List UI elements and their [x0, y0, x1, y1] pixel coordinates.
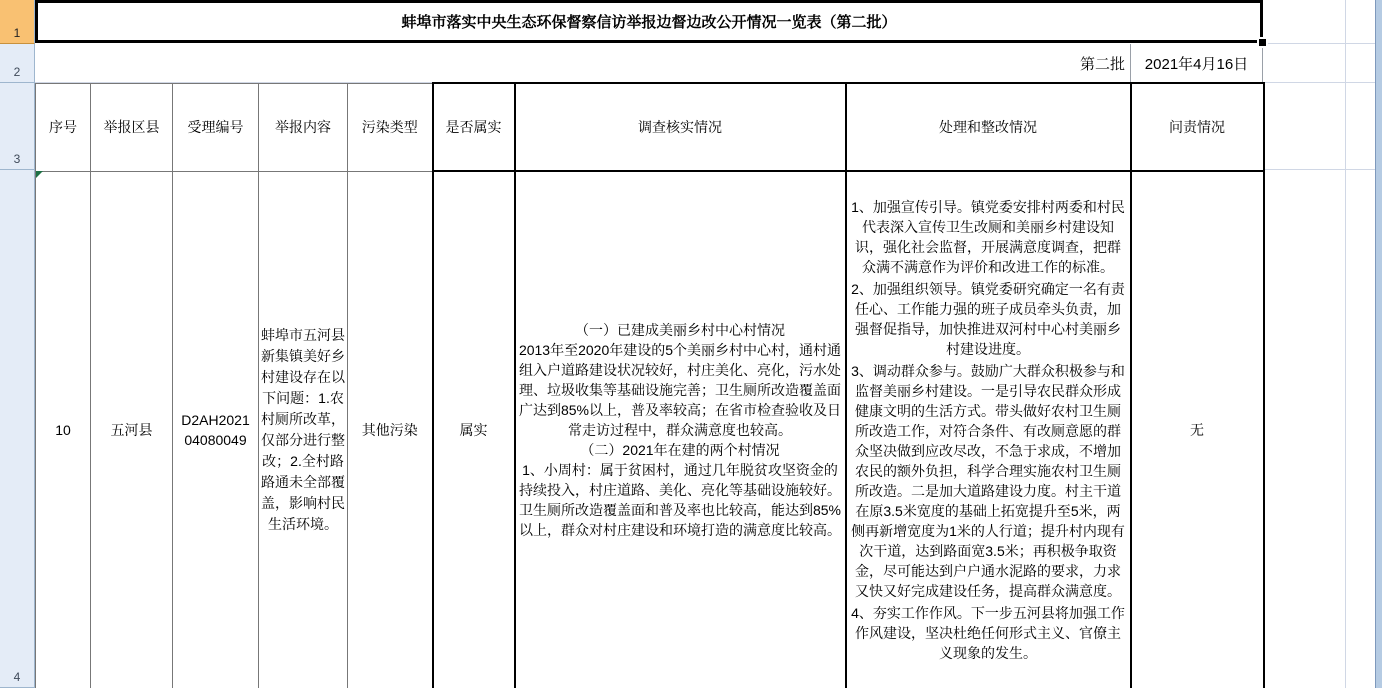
handling-paragraph: 2、加强组织领导。镇党委研究确定一名有责任心、工作能力强的班子成员牵头负责，加强…: [850, 279, 1127, 359]
column-header-accountability[interactable]: 问责情况: [1131, 83, 1264, 171]
gridline: [1345, 0, 1346, 688]
investigation-paragraph: （一）已建成美丽乡村中心村情况: [519, 320, 842, 340]
investigation-paragraph: （二）2021年在建的两个村情况: [519, 440, 842, 460]
cell-accountability[interactable]: 无: [1131, 171, 1264, 688]
title-cell[interactable]: 蚌埠市落实中央生态环保督察信访举报边督边改公开情况一览表（第二批）: [35, 0, 1263, 43]
excel-sheet: 1 2 3 4 蚌埠市落实中央生态环保督察信访举报边督边改公开情况一览表（第二批…: [0, 0, 1382, 688]
cell-pollution-type[interactable]: 其他污染: [348, 171, 433, 688]
cell-seq[interactable]: 10: [36, 171, 91, 688]
row-header-1[interactable]: 1: [0, 0, 35, 44]
column-header-seq[interactable]: 序号: [36, 83, 91, 171]
error-indicator-triangle: [36, 171, 43, 178]
handling-paragraph: 1、加强宣传引导。镇党委安排村两委和村民代表深入宣传卫生改厕和美丽乡村建设知识，…: [850, 197, 1127, 277]
column-header-verified[interactable]: 是否属实: [433, 83, 515, 171]
column-header-investigation[interactable]: 调查核实情况: [515, 83, 846, 171]
investigation-paragraph: 2013年至2020年建设的5个美丽乡村中心村，通村通组入户道路建设状况较好，村…: [519, 340, 842, 440]
cell-district[interactable]: 五河县: [91, 171, 173, 688]
column-header-complaint[interactable]: 举报内容: [259, 83, 348, 171]
table-row: 10 五河县 D2AH202104080049 蚌埠市五河县新集镇美好乡村建设存…: [36, 171, 1264, 688]
gridline: [1263, 169, 1382, 170]
handling-paragraph: 3、调动群众参与。鼓励广大群众积极参与和监督美丽乡村建设。一是引导农民群众形成健…: [850, 361, 1127, 601]
header-row: 序号 举报区县 受理编号 举报内容 污染类型 是否属实 调查核实情况 处理和整改…: [36, 83, 1264, 171]
row-header-4[interactable]: 4: [0, 170, 35, 688]
column-header-pollution-type[interactable]: 污染类型: [348, 83, 433, 171]
date-cell[interactable]: 2021年4月16日: [1130, 44, 1263, 82]
fill-handle[interactable]: [1257, 37, 1268, 48]
cell-case-no[interactable]: D2AH202104080049: [173, 171, 259, 688]
handling-paragraph: 4、夯实工作作风。下一步五河县将加强工作作风建设，坚决杜绝任何形式主义、官僚主义…: [850, 603, 1127, 663]
window-edge: [1375, 0, 1382, 688]
cell-handling[interactable]: 1、加强宣传引导。镇党委安排村两委和村民代表深入宣传卫生改厕和美丽乡村建设知识，…: [846, 171, 1131, 688]
cell-complaint[interactable]: 蚌埠市五河县新集镇美好乡村建设存在以下问题：1.农村厕所改革，仅部分进行整改；2…: [259, 171, 348, 688]
cell-verified[interactable]: 属实: [433, 171, 515, 688]
column-header-district[interactable]: 举报区县: [91, 83, 173, 171]
complaints-table: 序号 举报区县 受理编号 举报内容 污染类型 是否属实 调查核实情况 处理和整改…: [35, 82, 1265, 688]
column-header-case-no[interactable]: 受理编号: [173, 83, 259, 171]
sheet-title: 蚌埠市落实中央生态环保督察信访举报边督边改公开情况一览表（第二批）: [401, 11, 896, 32]
investigation-paragraph: 1、小周村：属于贫困村，通过几年脱贫攻坚资金的持续投入，村庄道路、美化、亮化等基…: [519, 460, 842, 540]
column-header-handling[interactable]: 处理和整改情况: [846, 83, 1131, 171]
gridline: [1263, 43, 1382, 44]
complaint-text: 蚌埠市五河县新集镇美好乡村建设存在以下问题：1.农村厕所改革，仅部分进行整改；2…: [261, 325, 345, 535]
row-header-3[interactable]: 3: [0, 83, 35, 170]
batch-label-cell[interactable]: 第二批: [35, 44, 1130, 82]
cell-investigation[interactable]: （一）已建成美丽乡村中心村情况 2013年至2020年建设的5个美丽乡村中心村，…: [515, 171, 846, 688]
row-header-2[interactable]: 2: [0, 44, 35, 83]
